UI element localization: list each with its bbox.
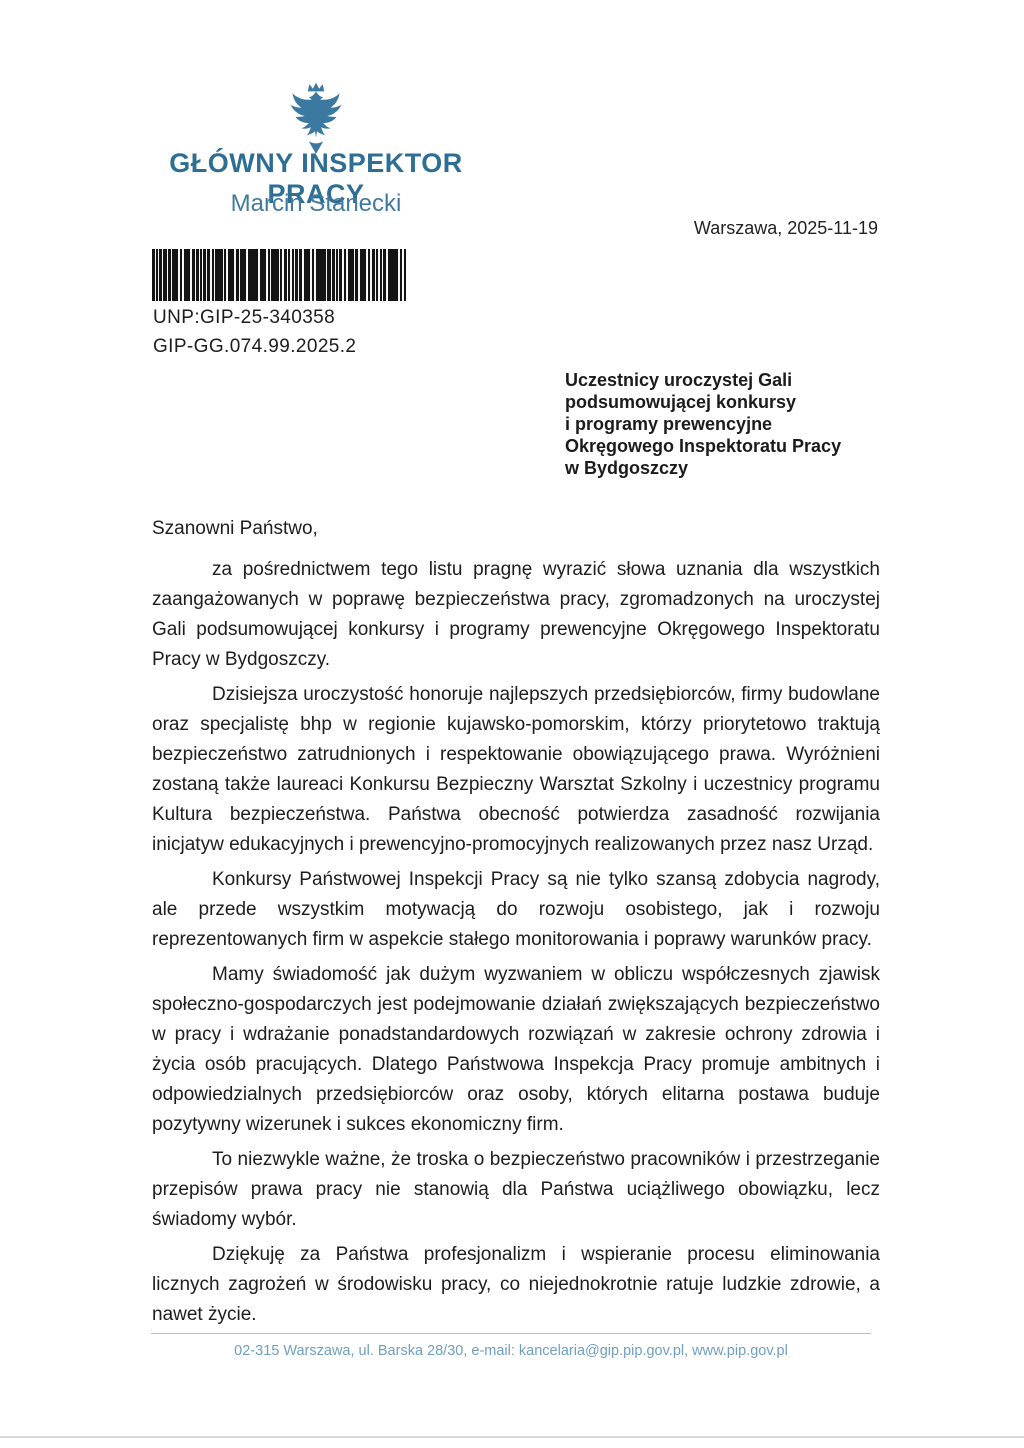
recipient-line: podsumowującej konkursy [565, 391, 895, 413]
salutation: Szanowni Państwo, [152, 514, 880, 544]
body-paragraph: Dziękuję za Państwa profesjonalizm i wsp… [152, 1240, 880, 1330]
scanned-page-edge [0, 1436, 1024, 1438]
unp-number: UNP:GIP-25-340358 [153, 307, 335, 329]
footer-contact: 02-315 Warszawa, ul. Barska 28/30, e-mai… [151, 1343, 871, 1359]
recipient-line: i programy prewencyjne [565, 413, 895, 435]
body-paragraph: Dzisiejsza uroczystość honoruje najlepsz… [152, 680, 880, 860]
recipient-line: Uczestnicy uroczystej Gali [565, 369, 895, 391]
recipient-line: Okręgowego Inspektoratu Pracy [565, 435, 895, 457]
scanned-letter-page: GŁÓWNY INSPEKTOR PRACY Marcin Stanecki W… [0, 0, 1024, 1448]
recipient-line: w Bydgoszczy [565, 457, 895, 479]
principal-name: Marcin Stanecki [150, 190, 482, 218]
body-paragraph: To niezwykle ważne, że troska o bezpiecz… [152, 1145, 880, 1235]
footer-divider [151, 1333, 871, 1334]
barcode-icon [152, 249, 406, 301]
body-paragraph: Mamy świadomość jak dużym wyzwaniem w ob… [152, 960, 880, 1140]
letter-body: Szanowni Państwo, za pośrednictwem tego … [152, 514, 880, 1335]
body-paragraph: za pośrednictwem tego listu pragnę wyraz… [152, 555, 880, 675]
body-paragraph: Konkursy Państwowej Inspekcji Pracy są n… [152, 865, 880, 955]
recipient-block: Uczestnicy uroczystej Gali podsumowujące… [565, 369, 895, 479]
case-number: GIP-GG.074.99.2025.2 [153, 336, 356, 358]
place-and-date: Warszawa, 2025-11-19 [694, 218, 878, 239]
